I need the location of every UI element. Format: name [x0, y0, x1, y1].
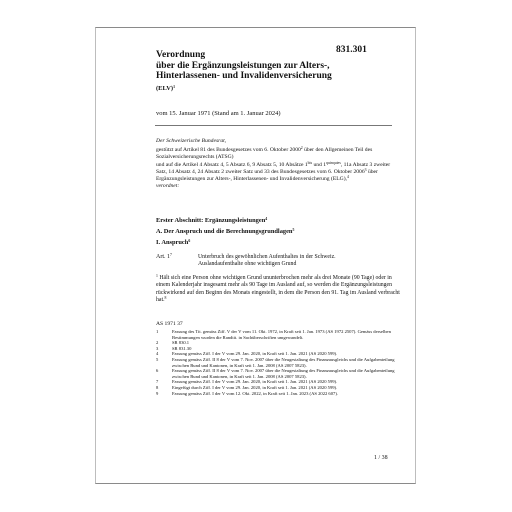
- heading-text: I. Anspruch: [156, 239, 188, 246]
- footnote-item: 9Fassung gemäss Ziff. I der V vom 12. Ok…: [156, 391, 401, 397]
- footnote-ref[interactable]: 1: [173, 85, 175, 89]
- heading-section: Erster Abschnitt: Ergänzungsleistungen4: [156, 215, 294, 226]
- document-date: vom 15. Januar 1971 (Stand am 1. Januar …: [156, 110, 281, 117]
- footnote-item: 6Fassung gemäss Ziff. II 8 der V vom 7. …: [156, 368, 401, 379]
- heading-text: Erster Abschnitt: Ergänzungsleistungen: [156, 217, 265, 224]
- title-line: Hinterlassenen- und Invalidenversicherun…: [156, 71, 332, 82]
- preamble-issuer: Der Schweizerische Bundesrat,: [156, 138, 401, 145]
- footnote-number: 1: [156, 329, 172, 340]
- footnote-ref[interactable]: 8: [165, 296, 167, 300]
- footnote-ref[interactable]: 6: [188, 239, 190, 243]
- title-divider: [155, 125, 392, 126]
- footnote-ref[interactable]: 5: [292, 228, 294, 232]
- paragraph-text: Hält sich eine Person ohne wichtigen Gru…: [156, 275, 400, 303]
- as-reference: AS 1971 37: [156, 321, 183, 327]
- heading-chapter: I. Anspruch6: [156, 237, 294, 248]
- page-number: 1 / 38: [374, 455, 388, 461]
- article-paragraph: 1 Hält sich eine Person ohne wichtigen G…: [156, 275, 406, 304]
- footnote-number: 6: [156, 368, 172, 379]
- article-title-line: Unterbruch des gewöhnlichen Aufenthaltes…: [198, 254, 398, 261]
- preamble-span: und auf die Artikel 4 Absatz 4, 5 Absatz…: [156, 162, 308, 168]
- paragraph-number: 1: [156, 274, 158, 278]
- preamble-verb: verordnet:: [156, 183, 401, 190]
- document-abbreviation: (ELV)1: [156, 85, 175, 92]
- article-label: Art. 17: [156, 254, 172, 260]
- superscript-quinquies: quinquies: [326, 161, 341, 165]
- footnote-ref[interactable]: 4: [347, 175, 349, 179]
- footnote-item: 5Fassung gemäss Ziff. II 8 der V vom 7. …: [156, 357, 401, 368]
- title-line: über die Ergänzungsleistungen zur Alters…: [156, 61, 332, 72]
- footnote-ref[interactable]: 7: [170, 253, 172, 257]
- article-number: Art. 1: [156, 254, 170, 260]
- preamble-span: gestützt auf Artikel 81 des Bundesgesetz…: [156, 147, 301, 153]
- section-headings: Erster Abschnitt: Ergänzungsleistungen4 …: [156, 215, 294, 248]
- footnotes: 1Fassung des Tit. gemäss Ziff. V der V v…: [156, 329, 401, 396]
- document-title: Verordnung über die Ergänzungsleistungen…: [156, 50, 332, 82]
- heading-text: A. Der Anspruch und die Berechnungsgrund…: [156, 228, 292, 235]
- footnote-text: Fassung des Tit. gemäss Ziff. V der V vo…: [172, 329, 401, 340]
- preamble-text: gestützt auf Artikel 81 des Bundesgesetz…: [156, 147, 401, 183]
- article-title: Unterbruch des gewöhnlichen Aufenthaltes…: [198, 254, 398, 268]
- footnote-item: 1Fassung des Tit. gemäss Ziff. V der V v…: [156, 329, 401, 340]
- title-line: Verordnung: [156, 50, 332, 61]
- footnote-number: 5: [156, 357, 172, 368]
- abbreviation-text: (ELV): [156, 85, 173, 92]
- footnote-text: Fassung gemäss Ziff. II 8 der V vom 7. N…: [172, 357, 401, 368]
- heading-subsection: A. Der Anspruch und die Berechnungsgrund…: [156, 226, 294, 237]
- footnote-number: 9: [156, 391, 172, 397]
- preamble-span: und 1: [312, 162, 326, 168]
- preamble: Der Schweizerische Bundesrat, gestützt a…: [156, 138, 401, 190]
- footnote-ref[interactable]: 4: [265, 217, 267, 221]
- sr-number: 831.301: [336, 45, 367, 55]
- footnote-text: Fassung gemäss Ziff. I der V vom 12. Okt…: [172, 391, 401, 397]
- footnote-text: Fassung gemäss Ziff. II 8 der V vom 7. N…: [172, 368, 401, 379]
- article-title-line: Auslandaufenthalte ohne wichtigen Grund: [198, 261, 398, 268]
